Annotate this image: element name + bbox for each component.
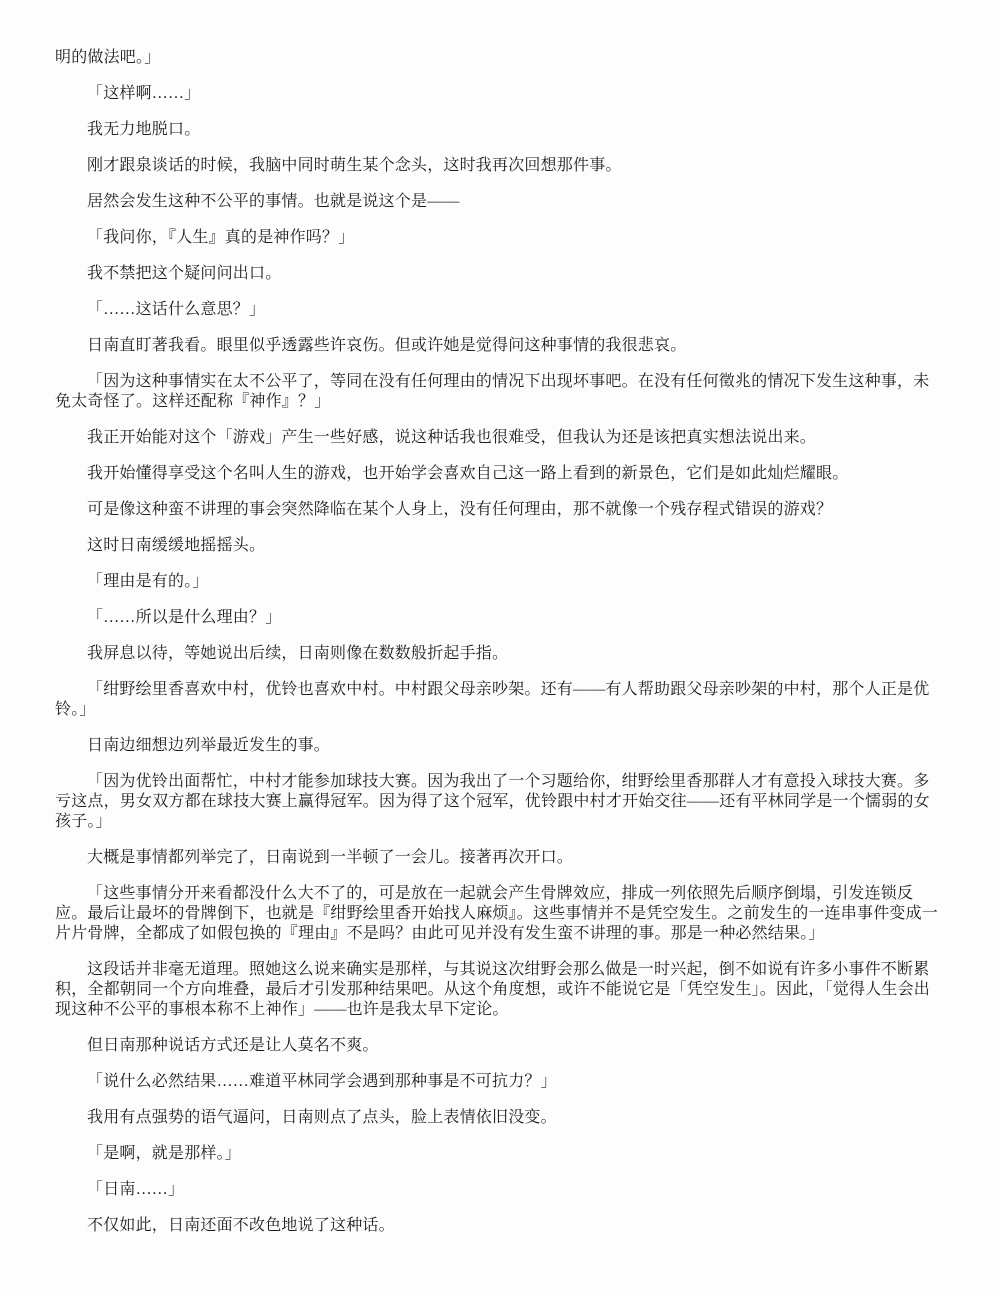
paragraph: 这段话并非毫无道理。照她这么说来确实是那样，与其说这次绀野会那么做是一时兴起，倒… bbox=[55, 960, 945, 1020]
paragraph: 我开始懂得享受这个名叫人生的游戏，也开始学会喜欢自己这一路上看到的新景色，它们是… bbox=[55, 464, 945, 484]
novel-page: 明的做法吧。」「这样啊……」我无力地脱口。刚才跟泉谈话的时候，我脑中同时萌生某个… bbox=[0, 0, 1000, 1294]
paragraph: 我正开始能对这个「游戏」产生一些好感，说这种话我也很难受，但我认为还是该把真实想… bbox=[55, 428, 945, 448]
paragraph: 我用有点强势的语气逼问，日南则点了点头，脸上表情依旧没变。 bbox=[55, 1108, 945, 1128]
paragraph: 我无力地脱口。 bbox=[55, 120, 945, 140]
paragraph: 明的做法吧。」 bbox=[55, 48, 945, 68]
paragraph: 「这样啊……」 bbox=[55, 84, 945, 104]
paragraph: 「这些事情分开来看都没什么大不了的，可是放在一起就会产生骨牌效应，排成一列依照先… bbox=[55, 884, 945, 944]
paragraph: 「因为这种事情实在太不公平了，等同在没有任何理由的情况下出现坏事吧。在没有任何徵… bbox=[55, 372, 945, 412]
paragraph: 大概是事情都列举完了，日南说到一半顿了一会儿。接著再次开口。 bbox=[55, 848, 945, 868]
paragraph: 「……这话什么意思？」 bbox=[55, 300, 945, 320]
paragraph: 这时日南缓缓地摇摇头。 bbox=[55, 536, 945, 556]
paragraph: 我屏息以待，等她说出后续，日南则像在数数般折起手指。 bbox=[55, 644, 945, 664]
paragraph: 我不禁把这个疑问问出口。 bbox=[55, 264, 945, 284]
text-column: 明的做法吧。」「这样啊……」我无力地脱口。刚才跟泉谈话的时候，我脑中同时萌生某个… bbox=[55, 48, 945, 1236]
paragraph: 「日南……」 bbox=[55, 1180, 945, 1200]
paragraph: 刚才跟泉谈话的时候，我脑中同时萌生某个念头，这时我再次回想那件事。 bbox=[55, 156, 945, 176]
paragraph: 可是像这种蛮不讲理的事会突然降临在某个人身上，没有任何理由，那不就像一个残存程式… bbox=[55, 500, 945, 520]
paragraph: 但日南那种说话方式还是让人莫名不爽。 bbox=[55, 1036, 945, 1056]
paragraph: 不仅如此，日南还面不改色地说了这种话。 bbox=[55, 1216, 945, 1236]
paragraph: 日南边细想边列举最近发生的事。 bbox=[55, 736, 945, 756]
paragraph: 「因为优铃出面帮忙，中村才能参加球技大赛。因为我出了一个习题给你，绀野绘里香那群… bbox=[55, 772, 945, 832]
paragraph: 日南直盯著我看。眼里似乎透露些许哀伤。但或许她是觉得问这种事情的我很悲哀。 bbox=[55, 336, 945, 356]
paragraph: 「是啊，就是那样。」 bbox=[55, 1144, 945, 1164]
paragraph: 「我问你，『人生』真的是神作吗？」 bbox=[55, 228, 945, 248]
paragraph: 居然会发生这种不公平的事情。也就是说这个是—— bbox=[55, 192, 945, 212]
paragraph: 「说什么必然结果……难道平林同学会遇到那种事是不可抗力？」 bbox=[55, 1072, 945, 1092]
paragraph: 「理由是有的。」 bbox=[55, 572, 945, 592]
paragraph: 「……所以是什么理由？」 bbox=[55, 608, 945, 628]
paragraph: 「绀野绘里香喜欢中村，优铃也喜欢中村。中村跟父母亲吵架。还有——有人帮助跟父母亲… bbox=[55, 680, 945, 720]
